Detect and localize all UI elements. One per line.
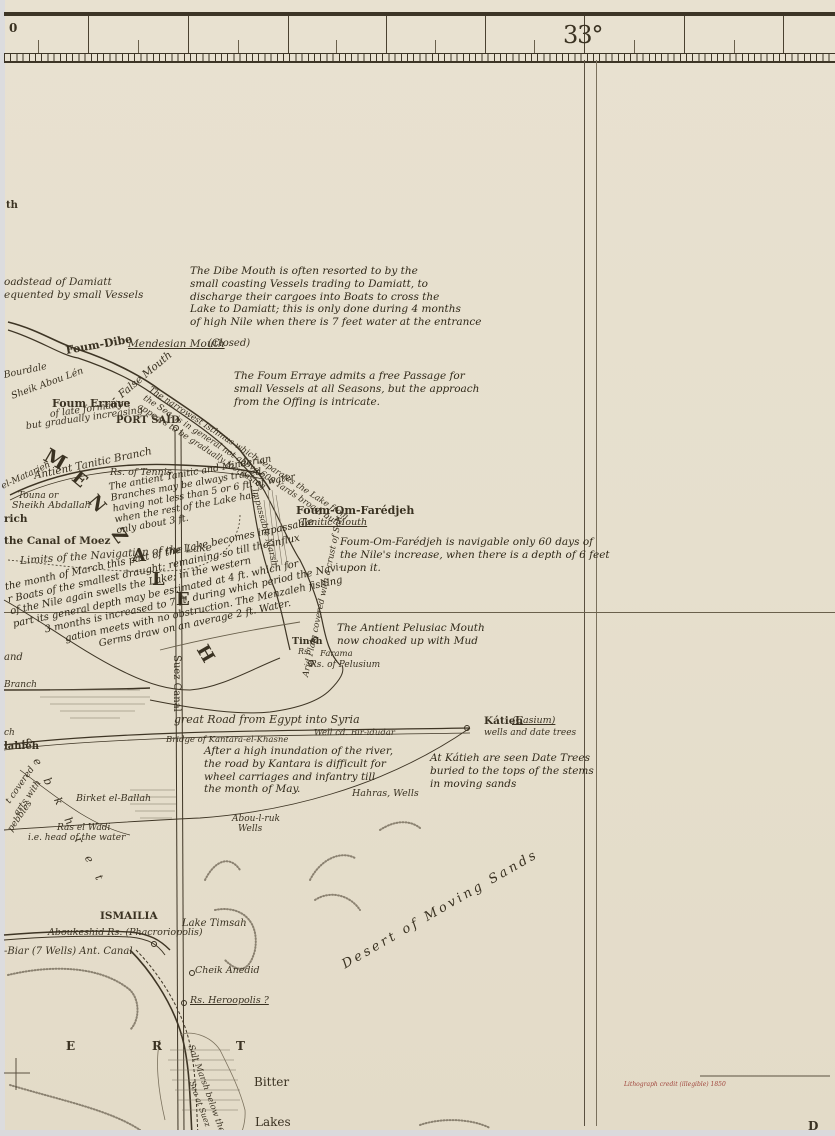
label-ismailia: ISMAILIA	[100, 910, 158, 922]
label-birket-el-ballah: Birket el-Ballah	[76, 794, 151, 805]
label-desert-letter-r: R	[152, 1040, 162, 1054]
label-desert-letter-e: E	[66, 1040, 75, 1054]
label-roadstead-2: equented by small Vessels	[4, 289, 143, 301]
label-abou-l-ruk-wells: Wells	[238, 824, 262, 834]
note-katieh-date-trees: At Kátieh are seen Date Trees buried to …	[430, 752, 594, 790]
katieh-marker	[464, 725, 470, 731]
label-biar-canal: -Biar (7 Wells) Ant. Canal	[4, 946, 133, 958]
label-canal-of-moez: the Canal of Moez	[4, 535, 111, 547]
label-ras-el-wadi: Ras el Wadi	[57, 823, 110, 833]
label-ch: ch	[4, 728, 15, 738]
label-suez-canal: Suez Canal	[171, 655, 183, 712]
heroopolis-marker	[181, 1000, 187, 1006]
label-pelusium: Rs. of Pelusium	[310, 660, 380, 670]
label-hahras-wells: Hahras, Wells	[352, 789, 419, 800]
note-dibe-mouth: The Dibe Mouth is often resorted to by t…	[190, 265, 481, 329]
label-casium: (Casium)	[512, 716, 555, 727]
label-farama: Farama	[320, 650, 353, 660]
label-katieh-wells: wells and date trees	[484, 728, 576, 738]
label-edge-th: th	[6, 200, 18, 212]
label-closed: (Closed)	[208, 338, 250, 350]
label-great-road: great Road from Egypt into Syria	[174, 714, 360, 727]
label-aboukeshid: Aboukeshid Rs. (Phacroriopolis)	[48, 928, 203, 939]
label-well-bir-idudar: Well cd. Bir-idudar	[314, 729, 395, 739]
label-lakes: Lakes	[255, 1116, 291, 1130]
note-foum-erraye: The Foum Erraye admits a free Passage fo…	[234, 370, 479, 408]
note-faredjeh: Foum-Om-Farédjeh is navigable only 60 da…	[340, 536, 610, 574]
label-tineh-ruins: Rs.	[298, 647, 311, 656]
label-desert-letter-t: T	[236, 1040, 245, 1054]
label-head-of-water: i.e. head of the water	[28, 833, 125, 843]
label-branch: Branch	[4, 680, 37, 690]
note-pelusiac-mouth: The Antient Pelusiac Mouth now choaked u…	[337, 622, 485, 648]
lithographer-signature: Lithograph credit (illegible) 1850	[624, 1082, 726, 1089]
label-bitter: Bitter	[254, 1076, 289, 1090]
ismailia-marker	[151, 941, 157, 947]
scan-edge-bottom	[0, 1130, 835, 1136]
label-sheikh-abdallah: Sheikh Abdallah	[12, 501, 91, 512]
label-heroopolis: Rs. Heroopolis ?	[190, 996, 269, 1007]
label-rich: rich	[4, 513, 28, 525]
label-cheik-anedid: Cheik Anedid	[195, 966, 260, 977]
label-and: and	[4, 652, 23, 664]
label-abou-l-ruk: Abou-l-ruk	[232, 814, 280, 824]
label-roadstead: oadstead of Damiatt	[4, 276, 112, 288]
